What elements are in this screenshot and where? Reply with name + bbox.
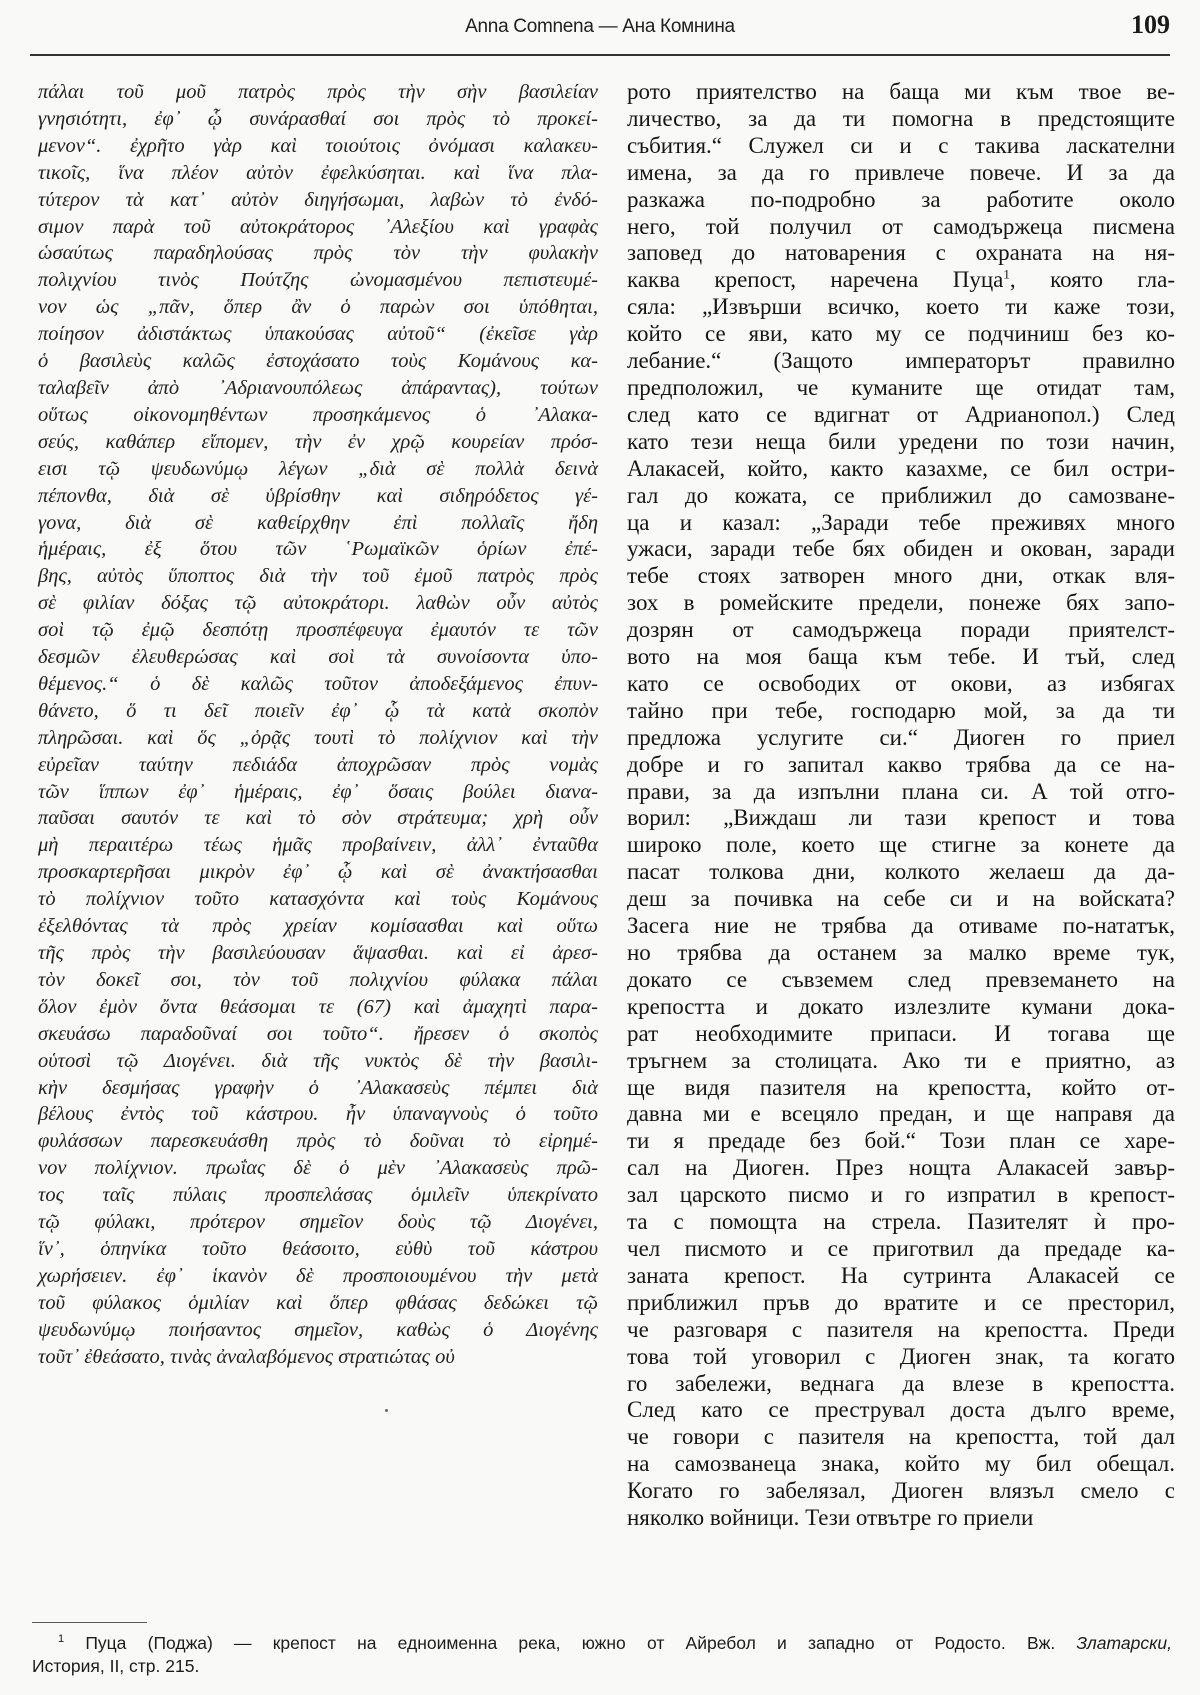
greek-text-line: προσκαρτερῆσαι μικρὸν ἐφ᾽ ᾧ καὶ σὲ ἀνακτ… [38,859,598,886]
footnote: 1 Пуца (Поджа) — крепост на едноименна р… [32,1628,1172,1678]
greek-text-line: σιμον παρὰ τοῦ αὐτοκράτορος ᾽Αλεξίου καὶ… [38,214,598,241]
bulgarian-text-line: тебе стоях затворен много дни, откак вля… [627,563,1175,590]
greek-text-line: τοῦ φύλακος ὁμιλίαν καὶ ὅπερ φθάσας δεδώ… [38,1290,598,1317]
page-number: 109 [1131,10,1170,40]
bulgarian-text-line: давна ми е всецяло предан, и ще направя … [627,1101,1175,1128]
greek-text-line: μὴ περαιτέρω τέως ἡμᾶς προβαίνειν, ἀλλ᾽ … [38,832,598,859]
footnote-text: Пуца (Поджа) — крепост на едноименна рек… [64,1633,1076,1653]
greek-text-line: τοῦτ᾽ ἐθεάσατο, τινὰς ἀναλαβόμενος στρατ… [38,1344,598,1371]
bulgarian-text-line: че говори с пазителя на крепостта, той д… [627,1424,1175,1451]
bulgarian-text-line: Засега ние не трябва да отиваме по-натат… [627,913,1175,940]
greek-text-line: οὕτως οἰκονομηθέντων προσηκάμενος ὁ ᾽Αλα… [38,402,598,429]
greek-text-line: πάλαι τοῦ μοῦ πατρὸς πρὸς τὴν σὴν βασιλε… [38,79,598,106]
bulgarian-text-line: та с помощта на стрела. Пазителят ѝ про- [627,1209,1175,1236]
greek-text-line: σκευάσω παραδοῦναί σοι τοῦτο“. ἤρεσεν ὁ … [38,1021,598,1048]
bulgarian-text-line: разкажа по-подробно за работите около [627,187,1175,214]
bulgarian-text-line: рат необходимите припаси. И тогава ще [627,1021,1175,1048]
greek-text-line: χωρήσειεν. ἐφ᾽ ἱκανὸν δὲ προσποιουμένου … [38,1263,598,1290]
greek-text-line: τύτερον τὰ κατ᾽ αὐτὸν διηγήσωμαι, λαβὼν … [38,187,598,214]
bulgarian-text-line: заповед до натоварения с охраната на ня- [627,240,1175,267]
greek-text-line: τὸν δοκεῖ σοι, τὸν τοῦ πολιχνίου φύλακα … [38,967,598,994]
footnote-author-ref: Златарски, [1076,1633,1172,1653]
bulgarian-text-line: пасат толкова дни, колкото желаеш да да- [627,859,1175,886]
greek-text-line: φυλάσσων παρεσκευάσθη πρὸς τὸ δοῦναι τὸ … [38,1128,598,1155]
bulgarian-text-line: ворил: „Виждаш ли тази крепост и това [627,805,1175,832]
greek-text-line: ἐξελθόντας τὰ πρὸς χρείαν κομίσασθαι καὶ… [38,913,598,940]
greek-text-column: πάλαι τοῦ μοῦ πατρὸς πρὸς τὴν σὴν βασιλε… [38,79,598,1371]
bulgarian-text-line: тръгнем за столицата. Ако ти е приятно, … [627,1048,1175,1075]
greek-text-line: τῷ φύλακι, πρότερον σημεῖον δοὺς τῷ Διογ… [38,1209,598,1236]
bulgarian-text-line: предложа услугите си.“ Диоген го приел [627,725,1175,752]
greek-text-line: μενον“. ἐχρῆτο γὰρ καὶ τοιούτοις ὀνόμασι… [38,133,598,160]
bulgarian-text-line: на самозванеца знака, който му бил обеща… [627,1451,1175,1478]
bulgarian-text-line: вото на моя баща към тебе. И тъй, след [627,644,1175,671]
bulgarian-text-column: рото приятелство на баща ми към твое ве-… [627,79,1175,1532]
bulgarian-text-line: докато се съвземем след превземането на [627,967,1175,994]
greek-text-line: κὴν δεσμήσας γραφὴν ὁ ᾽Αλακασεὺς πέμπει … [38,1075,598,1102]
greek-text-line: δεσμῶν ἐλευθερώσας καὶ σοὶ τὰ συνοίσοντα… [38,644,598,671]
greek-text-line: πληρῶσαι. καὶ ὅς „ὁρᾷς τουτὶ τὸ πολίχνιο… [38,725,598,752]
bulgarian-text-line: широко поле, което ще стигне за конете д… [627,832,1175,859]
bulgarian-text-line: прави, за да изпълни плана си. А той отг… [627,779,1175,806]
bulgarian-text-line: лебание.“ (Защото императорът правилно [627,348,1175,375]
bulgarian-text-line: го забележи, веднага да влезе в крепостт… [627,1371,1175,1398]
bulgarian-text-line: че разговаря с пазителя на крепостта. Пр… [627,1317,1175,1344]
bulgarian-text-line: него, той получил от самодържеца писмена [627,214,1175,241]
bulgarian-text-line: крепостта и докато излезлите кумани дока… [627,994,1175,1021]
greek-text-line: εισι τῷ ψευδωνύμῳ λέγων „διὰ σὲ πολλὰ δε… [38,456,598,483]
greek-text-line: παῦσαι σαυτόν τε καὶ τὸ σὸν στράτευμα; χ… [38,805,598,832]
page-header: Anna Comnena — Ана Комнина 109 [0,12,1200,44]
bulgarian-text-line: чел писмото и се приготвил да предаде ка… [627,1236,1175,1263]
bulgarian-text-line: като се освободих от окови, аз избягах [627,671,1175,698]
bulgarian-text-line: Когато го забелязал, Диоген влязъл смело… [627,1478,1175,1505]
greek-text-line: τος ταῖς πύλαις προσπελάσας ὁμιλεῖν ὑπεκ… [38,1182,598,1209]
greek-text-line: ταλαβεῖν ἀπὸ ᾽Αδριανουπόλεως ἀπάραντας),… [38,375,598,402]
bulgarian-text-line: който се яви, като му се подчиниш без ко… [627,321,1175,348]
greek-text-line: τικοῖς, ἵνα πλέον αὐτὸν ἐφελκύσηται. καὶ… [38,160,598,187]
bulgarian-text-line: като тези неща били уредени по този начи… [627,429,1175,456]
bulgarian-text-line: След като се преструвал доста дълго врем… [627,1397,1175,1424]
print-speck [385,1409,388,1412]
bulgarian-text-line: личество, за да ти помогна в предстоящит… [627,106,1175,133]
bulgarian-text-line: деш за почивка на себе си и на войската? [627,886,1175,913]
greek-text-line: θάνετο, ὅ τι δεῖ ποιεῖν ἐφ᾽ ᾧ τὰ κατὰ σκ… [38,698,598,725]
bulgarian-text-line: ужаси, заради тебе бях обиден и окован, … [627,536,1175,563]
greek-text-line: ὅλον ἐμὸν ὄντα θεάσομαι τε (67) καὶ ἀμαχ… [38,994,598,1021]
greek-text-line: οὑτοσὶ τῷ Διογένει. διὰ τῆς νυκτὸς δὲ τὴ… [38,1048,598,1075]
footnote-line-2: История, II, стр. 215. [32,1655,1172,1678]
greek-text-line: γνησιότητι, ἐφ᾽ ᾧ συνάρασθαί σοι πρὸς τὸ… [38,106,598,133]
footnote-line-1: 1 Пуца (Поджа) — крепост на едноименна р… [32,1628,1172,1655]
greek-text-line: εὐρεῖαν ταύτην πεδιάδα ἀποχρῶσαν πρὸς νο… [38,752,598,779]
greek-text-line: γονα, διὰ σὲ καθείρχθην ἐπὶ πολλαῖς ἤδη [38,510,598,537]
bulgarian-text-line: предположил, че куманите ще отидат там, [627,375,1175,402]
bulgarian-text-line: това той уговорил с Диоген знак, та кога… [627,1344,1175,1371]
bulgarian-text-line: ти я предаде без бой.“ Този план се харе… [627,1128,1175,1155]
bulgarian-text-line: заната крепост. На сутринта Алакасей се [627,1263,1175,1290]
greek-text-line: τῶν ἵππων ἐφ᾽ ἡμέραις, ἐφ᾽ ὅσαις βούλει … [38,779,598,806]
header-rule [30,54,1170,56]
greek-text-line: ποίησον ἀδιστάκτως ὑπακούσας αὐτοῦ“ (ἐκε… [38,321,598,348]
greek-text-line: σὲ φιλίαν δόξας τῷ αὐτοκράτορι. λαθὼν οὖ… [38,590,598,617]
bulgarian-text-fragment: , която гла- [1010,267,1175,292]
running-title: Anna Comnena — Ана Комнина [0,16,1200,38]
bulgarian-text-line: сал на Диоген. През нощта Алакасей завър… [627,1155,1175,1182]
bulgarian-text-line: каква крепост, наречена Пуца1, която гла… [627,267,1175,294]
bulgarian-text-line: тайно при тебе, господарю мой, за да ти [627,698,1175,725]
bulgarian-text-line: събития.“ Служел си и с такива ласкателн… [627,133,1175,160]
bulgarian-text-line: сяла: „Извърши всичко, което ти каже тоз… [627,294,1175,321]
bulgarian-text-line: няколко войници. Тези отвътре го приели [627,1505,1175,1532]
greek-text-line: ἡμέραις, ἐξ ὅτου τῶν ῾Ρωμαϊκῶν ὁρίων ἐπέ… [38,536,598,563]
bulgarian-text-line: след като се вдигнат от Адрианопол.) Сле… [627,402,1175,429]
greek-text-line: σεύς, καθάπερ εἴπομεν, τὴν ἐν χρῷ κουρεί… [38,429,598,456]
greek-text-line: ψευδωνύμῳ ποιήσαντος σημεῖον, καθὼς ὁ Δι… [38,1317,598,1344]
greek-text-line: τῆς πρὸς τὴν βασιλεύουσαν ἅψασθαι. καὶ ε… [38,940,598,967]
bulgarian-text-line: добре и го запитал какво трябва да се на… [627,752,1175,779]
book-page: Anna Comnena — Ана Комнина 109 πάλαι τοῦ… [0,0,1200,1695]
greek-text-line: βης, αὐτὸς ὕποπτος διὰ τὴν τοῦ ἐμοῦ πατρ… [38,563,598,590]
greek-text-line: πέπονθα, διὰ σὲ ὑβρίσθην καὶ σιδηρόδετος… [38,483,598,510]
bulgarian-text-line: дозрян от самодържеца поради приятелст- [627,617,1175,644]
greek-text-line: τὸ πολίχνιον τοῦτο κατασχόντα καὶ τοὺς Κ… [38,886,598,913]
greek-text-line: νον πολίχνιον. πρωΐας δὲ ὁ μὲν ᾽Αλακασεὺ… [38,1155,598,1182]
bulgarian-text-line: Алакасей, който, както казахме, се бил о… [627,456,1175,483]
bulgarian-text-line: зох в ромейските предели, понеже бях зап… [627,590,1175,617]
bulgarian-text-line: приближил пръв до вратите и се престорил… [627,1290,1175,1317]
bulgarian-text-line: ца и казал: „Заради тебе преживях много [627,510,1175,537]
greek-text-line: ὡσαύτως παραδηλούσας πρὸς τὸν τὴν φυλακὴ… [38,240,598,267]
footnote-rule [32,1622,147,1623]
greek-text-line: πολιχνίου τινὸς Πούτζης ὠνομασμένου πεπι… [38,267,598,294]
bulgarian-text-line: гал до кожата, се приближил до самозване… [627,483,1175,510]
bulgarian-text-line: зал царското писмо и го изпратил в крепо… [627,1182,1175,1209]
greek-text-line: βέλους ἐντὸς τοῦ κάστρου. ἦν ὑπαναγνοὺς … [38,1101,598,1128]
greek-text-line: σοὶ τῷ ἐμῷ δεσπότῃ προσπέφευγα ἐμαυτόν τ… [38,617,598,644]
greek-text-line: ἵν᾽, ὁπηνίκα τοῦτο θεάσοιτο, εὐθὺ τοῦ κά… [38,1236,598,1263]
greek-text-line: θέμενος.“ ὁ δὲ καλῶς τοῦτον ἀποδεξάμενος… [38,671,598,698]
bulgarian-text-line: но трябва да останем за малко време тук, [627,940,1175,967]
greek-text-line: ὁ βασιλεὺς καλῶς ἐστοχάσατο τοὺς Κομάνου… [38,348,598,375]
bulgarian-text-line: ще видя пазителя на крепостта, който от- [627,1075,1175,1102]
greek-text-line: νον ὡς „πᾶν, ὅπερ ἂν ὁ παρὼν σοι ὑπόθητα… [38,294,598,321]
bulgarian-text-line: имена, за да го привлече повече. И за да [627,160,1175,187]
bulgarian-text-line: рото приятелство на баща ми към твое ве- [627,79,1175,106]
